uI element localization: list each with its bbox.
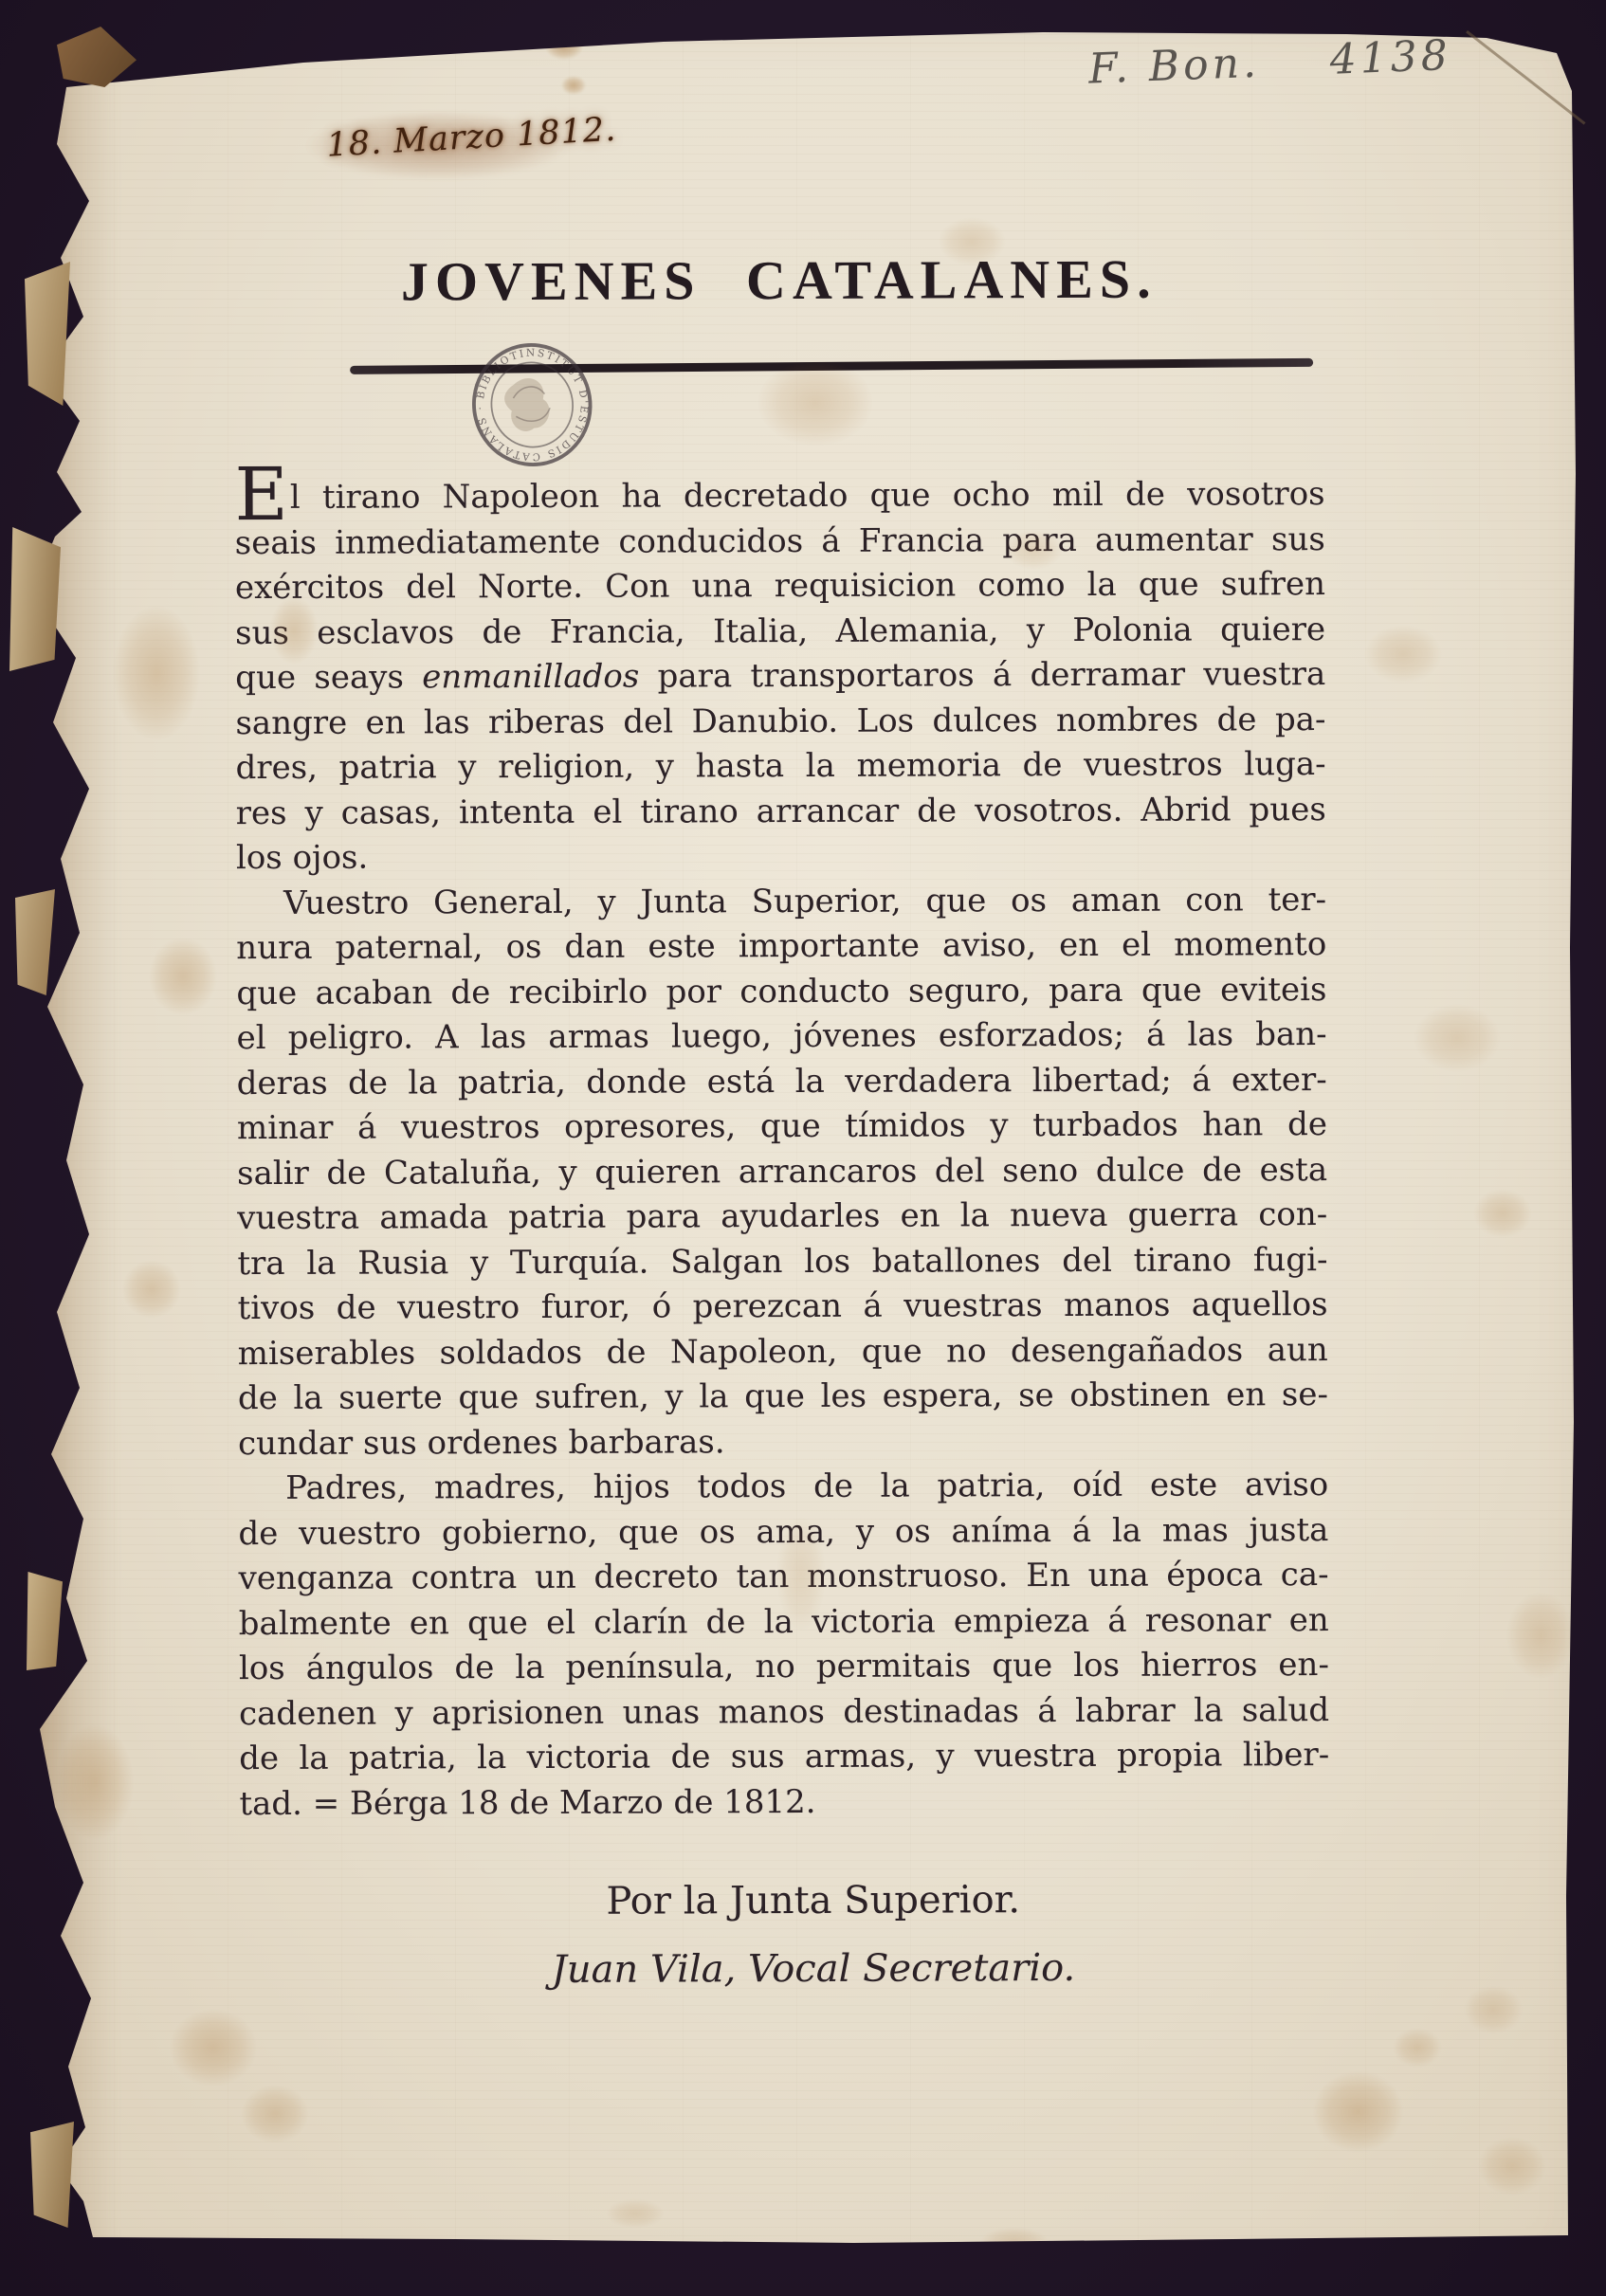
body-line: venganza contra un decreto tan monstruos… (239, 1553, 1329, 1602)
shelfmark-number: 4138 (1329, 31, 1452, 84)
body-line: dres, patria y religion, y hasta la memo… (236, 742, 1326, 792)
body-line: cadenen y aprisionen unas manos destinad… (239, 1688, 1329, 1738)
body-line: tra la Rusia y Turquía. Salgan los batal… (237, 1238, 1327, 1287)
shelfmark-note: F. Bon. 4138 (1087, 31, 1451, 94)
body-line: nura paternal, os dan este importante av… (236, 922, 1326, 972)
body-line: Padres, madres, hijos todos de la patria… (238, 1463, 1328, 1512)
body-line: los ángulos de la península, no permitai… (239, 1643, 1329, 1692)
signature-line-authority: Por la Junta Superior. (240, 1877, 1359, 1924)
body-line: sangre en las riberas del Danubio. Los d… (235, 698, 1325, 747)
signature-line-secretary: Juan Vila, Vocal Secretario. (240, 1945, 1359, 1993)
body-line: minar á vuestros opresores, que tímidos … (237, 1102, 1327, 1152)
document-content: 18. Marzo 1812. F. Bon. 4138 JOVENES CAT… (0, 0, 1606, 2296)
body-line: Vuestro General, y Junta Superior, que o… (236, 878, 1326, 927)
shelfmark-prefix: F. Bon. (1087, 39, 1261, 94)
torn-paper-flap (27, 1572, 63, 1670)
body-line: seais inmediatamente conducidos á Franci… (235, 518, 1325, 567)
document-title: JOVENES CATALANES. (234, 246, 1349, 314)
body-line: deras de la patria, donde está la verdad… (237, 1058, 1327, 1107)
body-line: tivos de vuestro furor, ó perezcan á vue… (238, 1283, 1328, 1332)
body-line: de vuestro gobierno, que os ama, y os an… (238, 1508, 1328, 1558)
body-line: balmente en que el clarín de la victoria… (239, 1598, 1329, 1648)
body-line: que acaban de recibirlo por conducto seg… (236, 968, 1326, 1017)
torn-paper-flap (15, 889, 55, 995)
body-line: vuestra amada patria para ayudarles en l… (237, 1193, 1327, 1242)
body-line: tad. = Bérga 18 de Marzo de 1812. (239, 1778, 1329, 1828)
body-line: de la suerte que sufren, y la que les es… (238, 1373, 1328, 1422)
body-line: miserables soldados de Napoleon, que no … (238, 1328, 1328, 1377)
body-line: res y casas, intenta el tirano arrancar … (236, 788, 1326, 837)
body-line: El tirano Napoleon ha decretado que ocho… (235, 472, 1325, 521)
body-line: los ojos. (236, 832, 1326, 882)
body-line: de la patria, la victoria de sus armas, … (239, 1733, 1329, 1782)
torn-paper-flap (57, 27, 137, 87)
body-line: que seays enmanillados para transportaro… (235, 652, 1325, 702)
stamp-emblem (501, 374, 554, 435)
body-line: cundar sus ordenes barbaras. (238, 1418, 1328, 1467)
body-line: sus esclavos de Francia, Italia, Alemani… (235, 608, 1325, 657)
library-stamp-icon: INSTITUT D'ESTUDIS CATALANS · BIBLIOTECA… (453, 324, 611, 484)
paper-sheet: 18. Marzo 1812. F. Bon. 4138 JOVENES CAT… (0, 0, 1606, 2296)
body-line: el peligro. A las armas luego, jóvenes e… (237, 1012, 1327, 1062)
body-line: exércitos del Norte. Con una requisicion… (235, 562, 1325, 611)
body-text: El tirano Napoleon ha decretado que ocho… (235, 472, 1330, 1827)
body-line: salir de Cataluña, y quieren arrancaros … (237, 1148, 1327, 1197)
photo-background: 18. Marzo 1812. F. Bon. 4138 JOVENES CAT… (0, 0, 1606, 2296)
